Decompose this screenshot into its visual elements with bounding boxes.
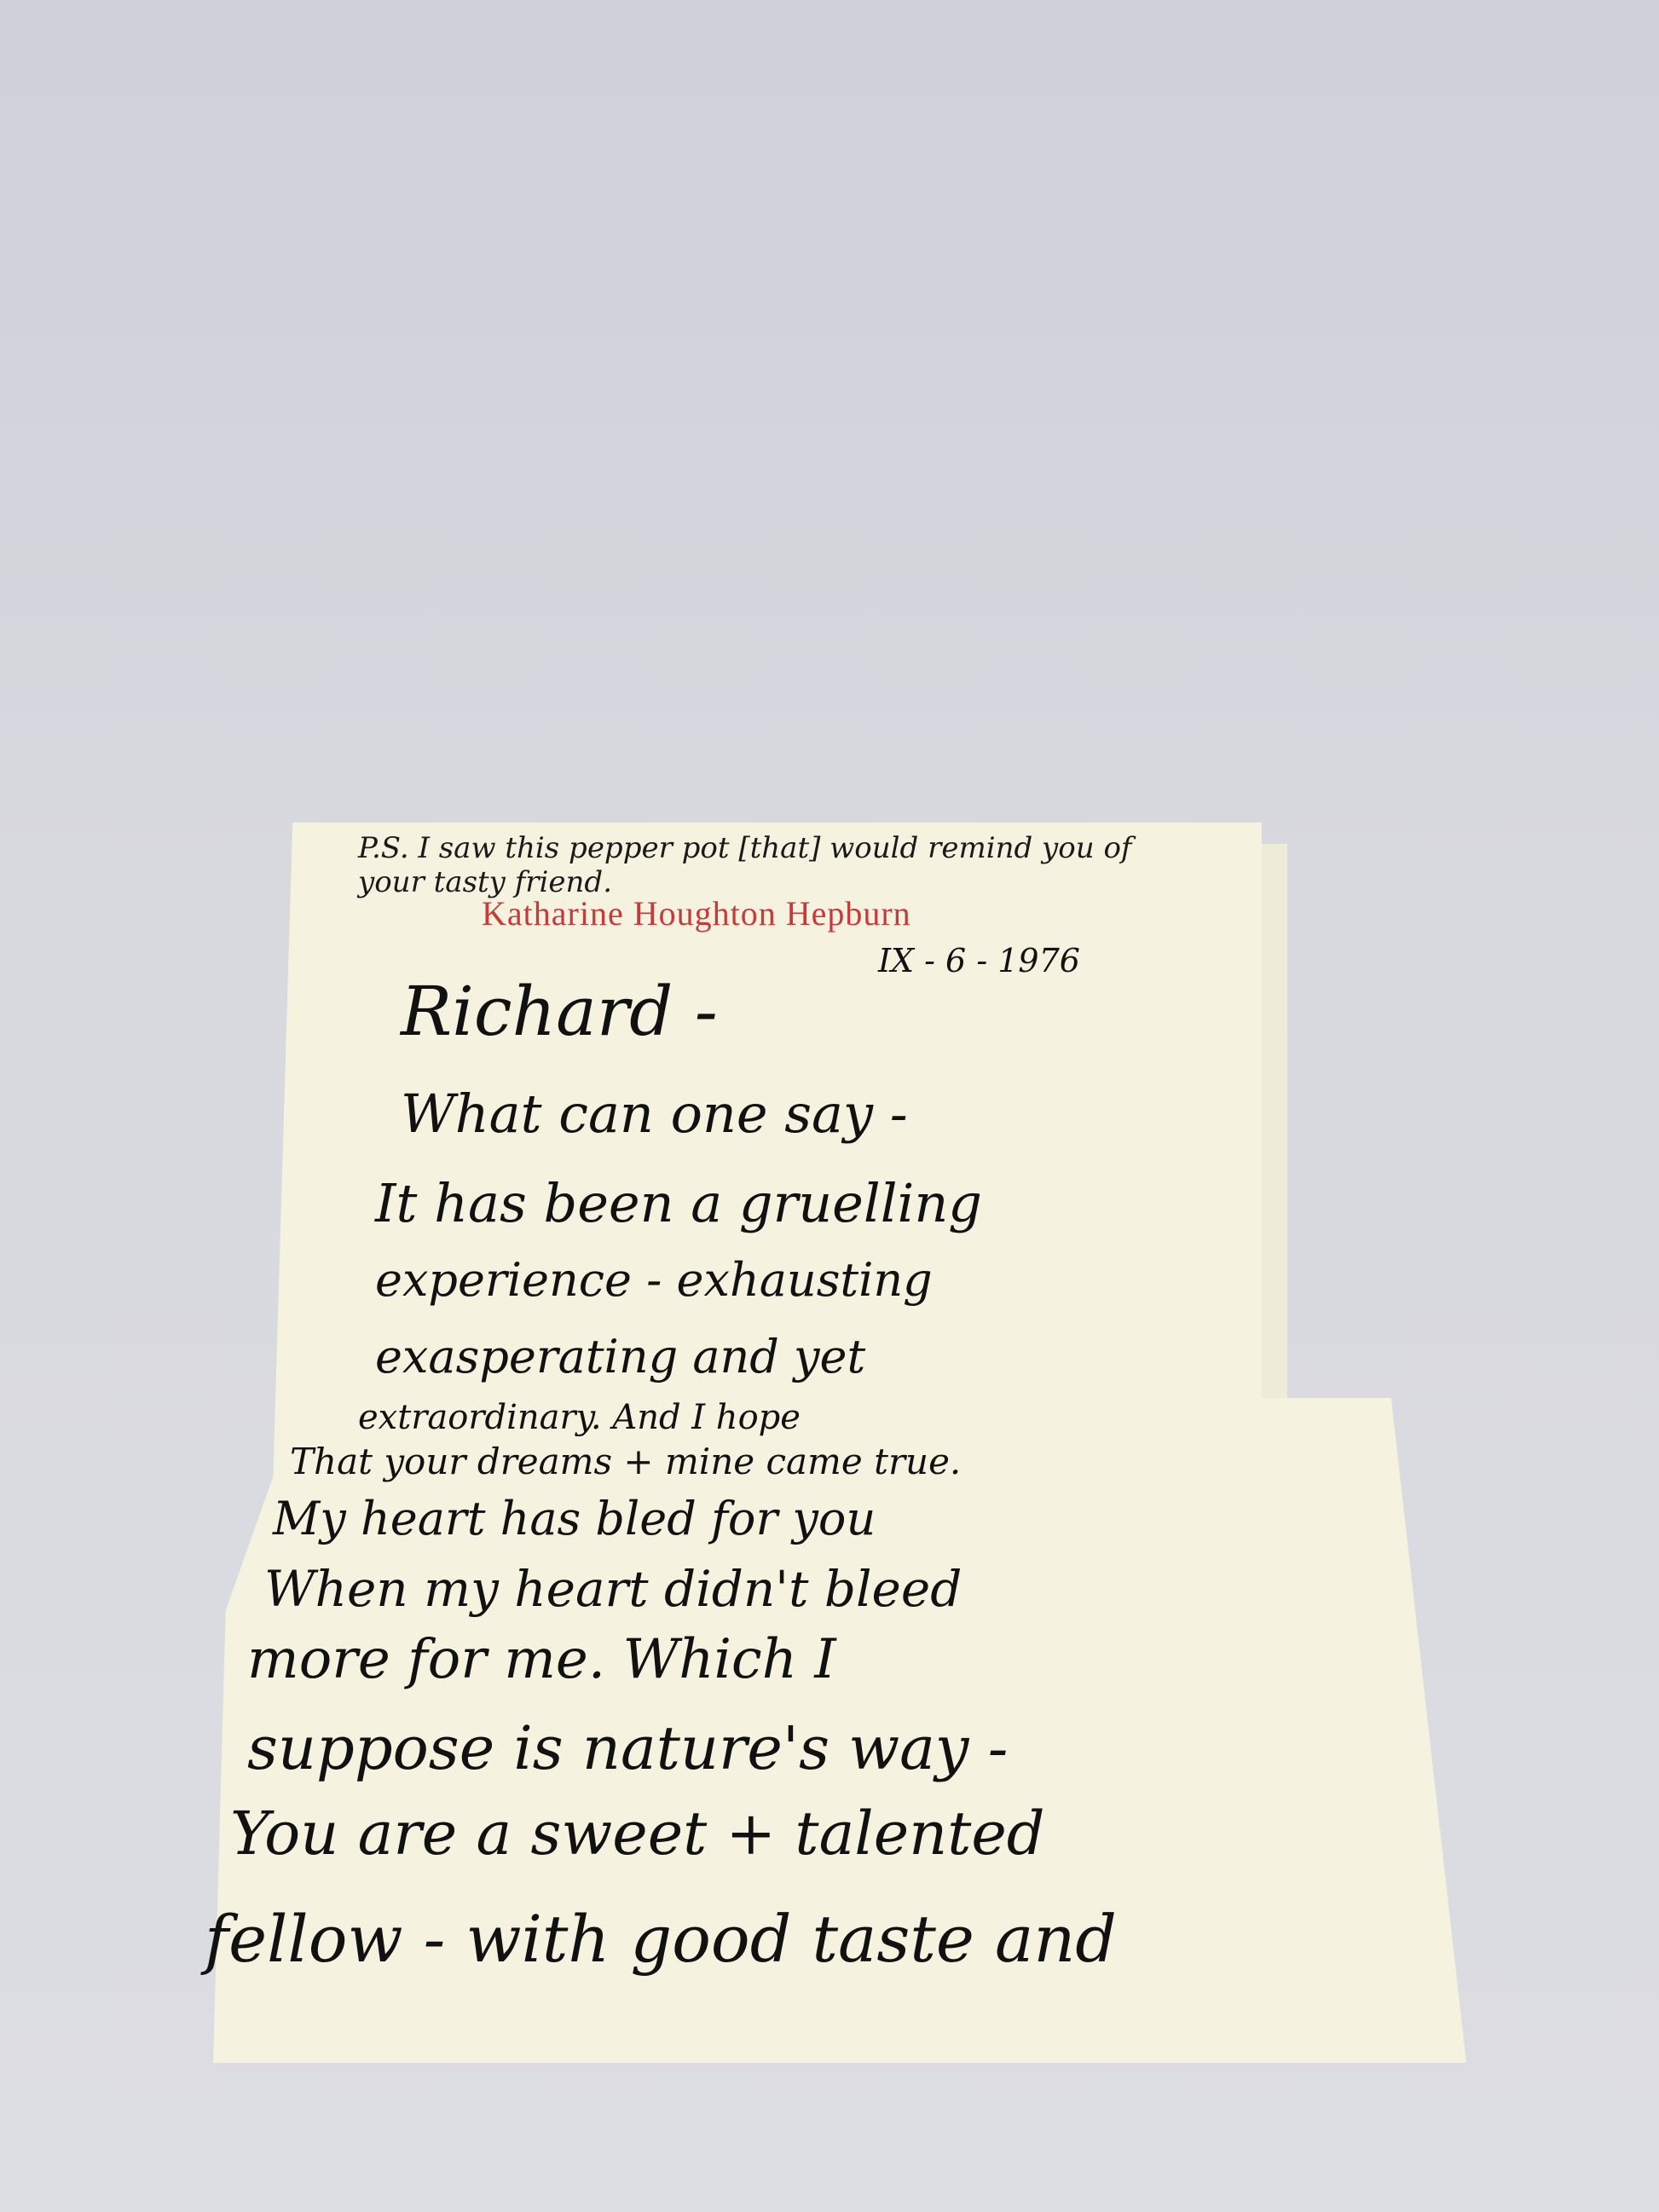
- body-line: What can one say -: [401, 1083, 908, 1145]
- body-line: exasperating and yet: [375, 1330, 865, 1383]
- letterhead: Katharine Houghton Hepburn: [482, 893, 911, 933]
- body-line: more for me. Which I: [247, 1628, 836, 1691]
- body-line: fellow - with good taste and: [205, 1901, 1117, 1977]
- body-line: experience - exhausting: [375, 1253, 933, 1307]
- body-line: When my heart didn't bleed: [264, 1560, 962, 1618]
- body-line: extraordinary. And I hope: [358, 1398, 801, 1437]
- salutation: Richard -: [401, 972, 718, 1051]
- body-line: You are a sweet + talented: [230, 1799, 1045, 1868]
- body-line: It has been a gruelling: [375, 1172, 982, 1234]
- letter-date: IX - 6 - 1976: [878, 942, 1080, 979]
- body-line: My heart has bled for you: [273, 1492, 876, 1545]
- postscript: P.S. I saw this pepper pot [that] would …: [358, 831, 1176, 899]
- body-line: suppose is nature's way -: [247, 1713, 1008, 1783]
- body-line: That your dreams + mine came true.: [290, 1441, 961, 1482]
